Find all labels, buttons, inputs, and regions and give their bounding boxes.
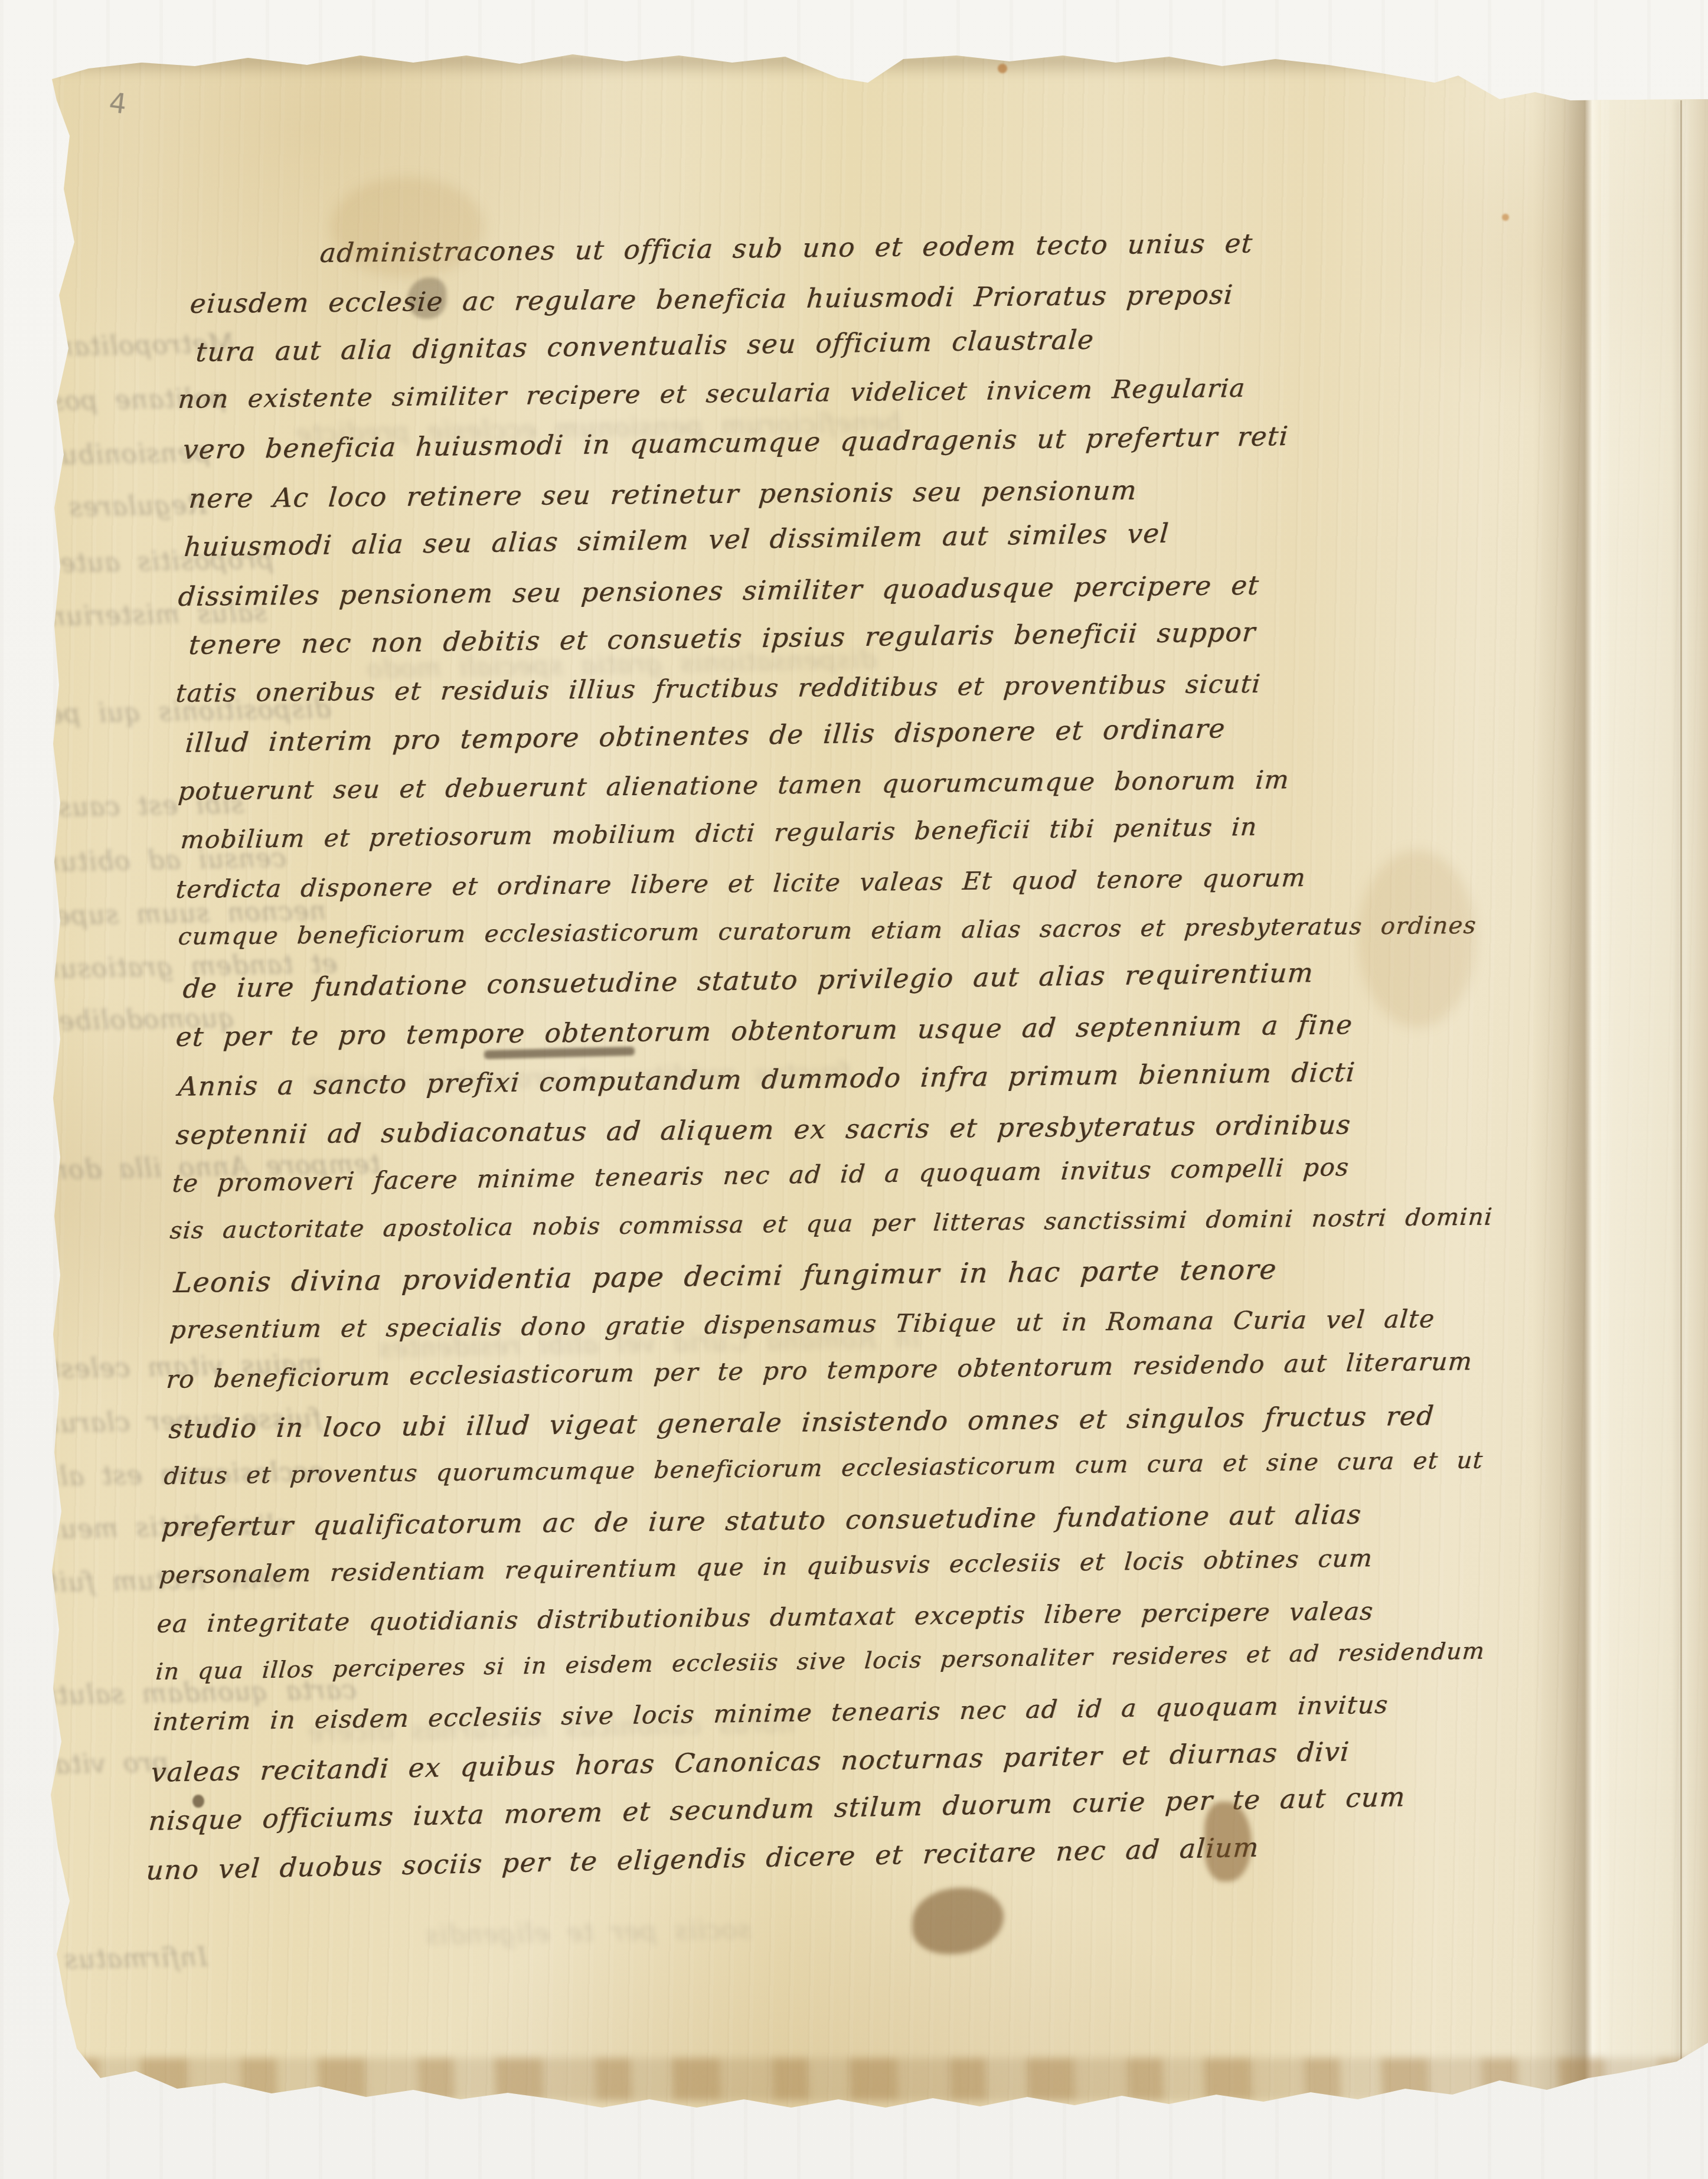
manuscript-line: dissimiles pensionem seu pensiones simil…	[177, 570, 1260, 612]
manuscript-line: Annis a sancto prefixi computandum dummo…	[177, 1057, 1357, 1102]
conjugate-leaf	[1601, 94, 1708, 2108]
manuscript-line: sis auctoritate apostolica nobis commiss…	[169, 1203, 1494, 1244]
manuscript-line: ea integritate quotidianis distributioni…	[156, 1596, 1374, 1638]
manuscript-line: nisque officiums iuxta morem et secundum…	[148, 1781, 1407, 1837]
manuscript-line: de iure fundatione consuetudine statuto …	[182, 957, 1315, 1004]
manuscript-line: personalem residentiam requirentium que …	[158, 1544, 1374, 1589]
manuscript-line: tura aut alia dignitas conventualis seu …	[195, 324, 1095, 368]
manuscript-line: tatis oneribus et residuis illius fructi…	[175, 669, 1262, 708]
showthrough-ghost: sociis per te eligendis	[425, 1915, 752, 1951]
showthrough-text: Infirmatus	[64, 1942, 208, 1975]
crease-line	[1680, 100, 1682, 2073]
manuscript-line: administracones ut officia sub uno et eo…	[319, 227, 1254, 269]
ink-blot	[912, 1888, 1004, 1954]
manuscript-scan: Metropolitanis politane post pensionibus…	[0, 0, 1708, 2179]
manuscript-line: Leonis divina providentia pape decimi fu…	[172, 1253, 1278, 1299]
manuscript-line: cumque beneficiorum ecclesiasticorum cur…	[177, 912, 1478, 950]
manuscript-line: non existente similiter recipere et secu…	[177, 374, 1246, 414]
manuscript-line: huiusmodi alia seu alias similem vel dis…	[183, 518, 1170, 563]
manuscript-line: terdicta disponere et ordinare libere et…	[175, 863, 1307, 904]
manuscript-line: uno vel duobus sociis per te eligendis d…	[145, 1831, 1260, 1886]
manuscript-line: presentium et specialis dono gratie disp…	[169, 1304, 1436, 1344]
manuscript-line: mobilium et pretiosorum mobilium dicti r…	[179, 812, 1258, 854]
torn-top-edge-shadow	[52, 54, 1708, 78]
manuscript-line: in qua illos perciperes si in eisdem ecc…	[155, 1638, 1486, 1685]
manuscript-line: ditus et proventus quorumcumque benefici…	[163, 1447, 1484, 1490]
manuscript-line: illud interim pro tempore obtinentes de …	[184, 713, 1227, 759]
showthrough-text: Regulares	[68, 490, 208, 522]
manuscript-line: studio in loco ubi illud vigeat generale…	[168, 1400, 1435, 1445]
fold-crease	[1533, 0, 1609, 2179]
manuscript-line: prefertur qualificatorum ac de iure stat…	[161, 1499, 1363, 1543]
rust-speck	[1502, 214, 1509, 221]
paper-sheet: Metropolitanis politane post pensionibus…	[0, 0, 1708, 2179]
manuscript-line: eiusdem ecclesie ac regulare beneficia h…	[189, 279, 1235, 319]
manuscript-line: potuerunt seu et debuerunt alienatione t…	[177, 765, 1291, 806]
pencil-folio-number: 4	[107, 86, 129, 120]
manuscript-line: nere Ac loco retinere seu retinetur pens…	[188, 475, 1138, 514]
manuscript-line: et per te pro tempore obtentorum obtento…	[175, 1009, 1354, 1053]
manuscript-line: septennii ad subdiaconatus ad aliquem ex…	[175, 1109, 1352, 1151]
manuscript-line: tenere nec non debitis et consuetis ipsi…	[188, 616, 1257, 661]
bottom-deckle-stain	[65, 2058, 1708, 2100]
